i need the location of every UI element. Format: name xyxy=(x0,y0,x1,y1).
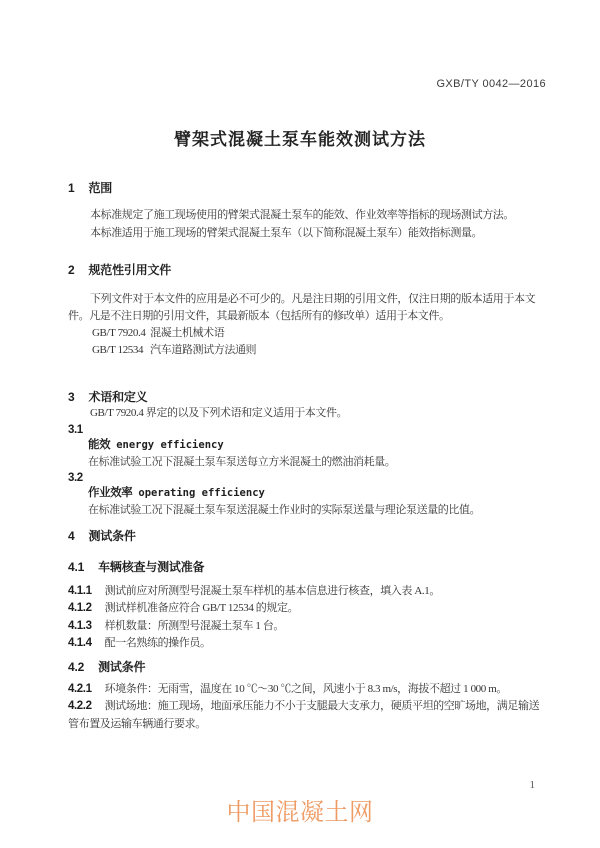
item-number: 4.1.1 xyxy=(68,585,92,597)
item-number: 4.1.3 xyxy=(68,620,92,632)
paragraph: 下列文件对于本文件的应用是必不可少的。凡是注日期的引用文件，仅注日期的版本适用于… xyxy=(68,291,546,325)
subclause-4-1-items: 4.1.1测试前应对所测型号混凝土泵车样机的基本信息进行核查，填入表 A.1。 … xyxy=(68,583,546,653)
list-item: 4.1.2测试样机准备应符合 GB/T 12534 的规定。 xyxy=(68,600,546,618)
clause-title: 范围 xyxy=(88,181,112,195)
item-number: 4.2.2 xyxy=(68,700,92,712)
clause-3-heading: 3术语和定义 xyxy=(68,389,546,405)
paragraph: 本标准规定了施工现场使用的臂架式混凝土泵车的能效、作业效率等指标的现场测试方法。 xyxy=(68,207,546,225)
clause-number: 2 xyxy=(68,263,74,277)
term-3-1-definition: 在标准试验工况下混凝土泵车泵送每立方米混凝土的燃油消耗量。 xyxy=(68,454,546,472)
item-text: 环境条件：无雨雪，温度在 10 ℃～30 ℃之间，风速小于 8.3 m/s，海拔… xyxy=(105,683,507,695)
item-text: 测试场地：施工现场，地面承压能力不小于支腿最大支承力，硬质平坦的空旷场地，满足输… xyxy=(68,700,539,730)
list-item: 4.2.2测试场地：施工现场，地面承压能力不小于支腿最大支承力，硬质平坦的空旷场… xyxy=(68,698,546,733)
subclause-title: 车辆核查与测试准备 xyxy=(98,560,204,574)
item-number: 4.2.1 xyxy=(68,683,92,695)
item-number: 4.1.2 xyxy=(68,602,92,614)
term-3-2-name: 作业效率operating efficiency xyxy=(68,485,546,502)
clause-number: 3 xyxy=(68,390,74,404)
normative-reference: GB/T 7920.4 混凝土机械术语 xyxy=(68,325,546,342)
clause-2-paragraphs: 下列文件对于本文件的应用是必不可少的。凡是注日期的引用文件，仅注日期的版本适用于… xyxy=(68,291,546,359)
list-item: 4.1.3样机数量：所测型号混凝土泵车 1 台。 xyxy=(68,618,546,636)
term-3-1-name: 能效energy efficiency xyxy=(68,437,546,454)
clause-2-heading: 2规范性引用文件 xyxy=(68,262,546,278)
paragraph: GB/T 7920.4 界定的以及下列术语和定义适用于本文件。 xyxy=(68,405,546,423)
term-3-1-number: 3.1 xyxy=(68,423,546,437)
standard-code: GXB/TY 0042—2016 xyxy=(436,78,546,90)
clause-4-heading: 4测试条件 xyxy=(68,528,546,544)
subclause-number: 4.2 xyxy=(68,660,84,674)
paragraph: 本标准适用于施工现场的臂架式混凝土泵车（以下简称混凝土泵车）能效指标测量。 xyxy=(68,225,546,243)
watermark-text: 中国混凝土网 xyxy=(227,792,374,827)
item-text: 配一名熟练的操作员。 xyxy=(105,637,211,649)
clause-title: 测试条件 xyxy=(88,529,135,543)
clause-1-heading: 1范围 xyxy=(68,180,546,196)
normative-reference: GB/T 12534 汽车道路测试方法通则 xyxy=(68,342,546,359)
item-text: 测试前应对所测型号混凝土泵车样机的基本信息进行核查，填入表 A.1。 xyxy=(105,585,440,597)
clause-1-paragraphs: 本标准规定了施工现场使用的臂架式混凝土泵车的能效、作业效率等指标的现场测试方法。… xyxy=(68,207,546,242)
list-item: 4.2.1环境条件：无雨雪，温度在 10 ℃～30 ℃之间，风速小于 8.3 m… xyxy=(68,681,546,699)
term-3-2-number: 3.2 xyxy=(68,471,546,485)
term-zh: 能效 xyxy=(88,439,110,451)
clause-number: 4 xyxy=(68,529,74,543)
list-item: 4.1.1测试前应对所测型号混凝土泵车样机的基本信息进行核查，填入表 A.1。 xyxy=(68,583,546,601)
item-text: 测试样机准备应符合 GB/T 12534 的规定。 xyxy=(105,602,299,614)
term-en: energy efficiency xyxy=(116,439,223,451)
document-page: GXB/TY 0042—2016 臂架式混凝土泵车能效测试方法 1范围 本标准规… xyxy=(0,0,600,848)
item-text: 样机数量：所测型号混凝土泵车 1 台。 xyxy=(105,620,284,632)
subclause-4-2-heading: 4.2测试条件 xyxy=(68,659,546,675)
clause-number: 1 xyxy=(68,181,74,195)
document-title: 臂架式混凝土泵车能效测试方法 xyxy=(0,125,600,150)
term-3-2-definition: 在标准试验工况下混凝土泵车泵送混凝土作业时的实际泵送量与理论泵送量的比值。 xyxy=(68,502,546,520)
term-en: operating efficiency xyxy=(138,487,264,499)
clause-title: 术语和定义 xyxy=(88,390,147,404)
subclause-4-2-items: 4.2.1环境条件：无雨雪，温度在 10 ℃～30 ℃之间，风速小于 8.3 m… xyxy=(68,681,546,734)
subclause-4-1-heading: 4.1车辆核查与测试准备 xyxy=(68,559,546,575)
item-number: 4.1.4 xyxy=(68,637,92,649)
page-number: 1 xyxy=(530,779,536,791)
subclause-title: 测试条件 xyxy=(98,660,145,674)
subclause-number: 4.1 xyxy=(68,560,84,574)
document-body: 1范围 本标准规定了施工现场使用的臂架式混凝土泵车的能效、作业效率等指标的现场测… xyxy=(68,180,546,733)
term-zh: 作业效率 xyxy=(88,487,132,499)
clause-title: 规范性引用文件 xyxy=(88,263,171,277)
list-item: 4.1.4配一名熟练的操作员。 xyxy=(68,635,546,653)
